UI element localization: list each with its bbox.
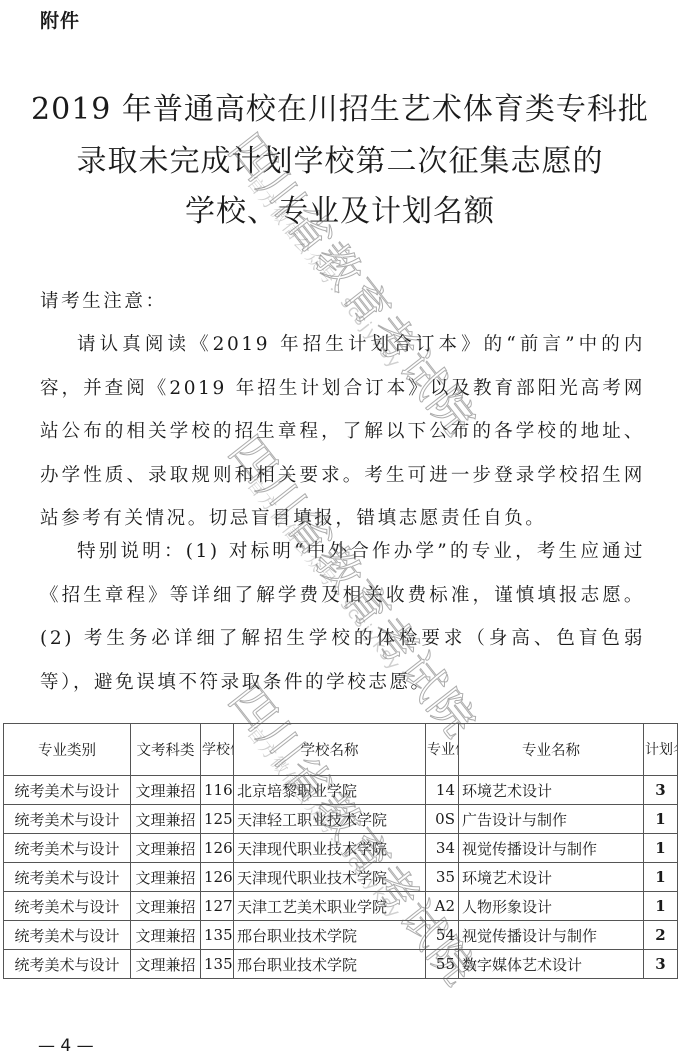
cell-major-code: 0S (426, 805, 459, 834)
cell-school-name: 邢台职业技术学院 (234, 921, 426, 950)
cell-subject-type: 文理兼招 (131, 834, 201, 863)
cell-category: 统考美术与设计 (4, 834, 131, 863)
cell-school-code: 1350 (201, 921, 234, 950)
cell-major-code: 55 (426, 950, 459, 979)
notice-heading: 请考生注意： (40, 280, 645, 324)
table-header-row: 专业类别 文考科类 学校代号 学校名称 专业代号 专业名称 计划名额 (4, 724, 678, 776)
cell-school-code: 1256 (201, 805, 234, 834)
header-subject-type: 文考科类 (131, 724, 201, 776)
notice-paragraph-1: 请认真阅读《2019 年招生计划合订本》的“前言”中的内容，并查阅《2019 年… (40, 323, 645, 541)
cell-school-code: 1260 (201, 863, 234, 892)
cell-school-name: 天津工艺美术职业学院 (234, 892, 426, 921)
cell-subject-type: 文理兼招 (131, 863, 201, 892)
page-title-line-1: 2019 年普通高校在川招生艺术体育类专科批 (0, 84, 680, 128)
cell-quota: 3 (644, 950, 678, 979)
cell-category: 统考美术与设计 (4, 776, 131, 805)
cell-category: 统考美术与设计 (4, 950, 131, 979)
cell-subject-type: 文理兼招 (131, 950, 201, 979)
cell-major-code: A2 (426, 892, 459, 921)
notice-paragraph-2: 特别说明：(1) 对标明“中外合作办学”的专业，考生应通过《招生章程》等详细了解… (40, 530, 645, 704)
cell-major-name: 人物形象设计 (459, 892, 644, 921)
table-row: 统考美术与设计 文理兼招 1260 天津现代职业技术学院 35 环境艺术设计 1 (4, 863, 678, 892)
cell-major-code: 54 (426, 921, 459, 950)
header-school-name: 学校名称 (234, 724, 426, 776)
page-title-line-3: 学校、专业及计划名额 (0, 186, 680, 230)
page-title-line-2: 录取未完成计划学校第二次征集志愿的 (0, 136, 680, 180)
cell-category: 统考美术与设计 (4, 892, 131, 921)
table-row: 统考美术与设计 文理兼招 1350 邢台职业技术学院 54 视觉传播设计与制作 … (4, 921, 678, 950)
page-number: — 4 — (38, 1036, 94, 1056)
cell-major-name: 广告设计与制作 (459, 805, 644, 834)
cell-quota: 1 (644, 863, 678, 892)
cell-school-name: 北京培黎职业学院 (234, 776, 426, 805)
header-category: 专业类别 (4, 724, 131, 776)
cell-major-name: 数字媒体艺术设计 (459, 950, 644, 979)
cell-quota: 2 (644, 921, 678, 950)
table-row: 统考美术与设计 文理兼招 1260 天津现代职业技术学院 34 视觉传播设计与制… (4, 834, 678, 863)
quota-table: 专业类别 文考科类 学校代号 学校名称 专业代号 专业名称 计划名额 统考美术与… (3, 723, 678, 979)
cell-school-name: 邢台职业技术学院 (234, 950, 426, 979)
cell-category: 统考美术与设计 (4, 921, 131, 950)
cell-category: 统考美术与设计 (4, 805, 131, 834)
attachment-label: 附件 (40, 6, 80, 33)
table-row: 统考美术与设计 文理兼招 1169 北京培黎职业学院 14 环境艺术设计 3 (4, 776, 678, 805)
cell-major-code: 14 (426, 776, 459, 805)
header-school-code: 学校代号 (201, 724, 234, 776)
cell-school-code: 1260 (201, 834, 234, 863)
cell-school-code: 1350 (201, 950, 234, 979)
cell-major-code: 35 (426, 863, 459, 892)
header-major-code: 专业代号 (426, 724, 459, 776)
cell-major-name: 视觉传播设计与制作 (459, 921, 644, 950)
cell-quota: 1 (644, 834, 678, 863)
cell-major-name: 视觉传播设计与制作 (459, 834, 644, 863)
cell-major-name: 环境艺术设计 (459, 776, 644, 805)
cell-quota: 1 (644, 805, 678, 834)
cell-major-code: 34 (426, 834, 459, 863)
table-row: 统考美术与设计 文理兼招 1276 天津工艺美术职业学院 A2 人物形象设计 1 (4, 892, 678, 921)
cell-subject-type: 文理兼招 (131, 892, 201, 921)
cell-quota: 1 (644, 892, 678, 921)
cell-school-name: 天津轻工职业技术学院 (234, 805, 426, 834)
table-row: 统考美术与设计 文理兼招 1350 邢台职业技术学院 55 数字媒体艺术设计 3 (4, 950, 678, 979)
cell-category: 统考美术与设计 (4, 863, 131, 892)
cell-school-name: 天津现代职业技术学院 (234, 863, 426, 892)
table-row: 统考美术与设计 文理兼招 1256 天津轻工职业技术学院 0S 广告设计与制作 … (4, 805, 678, 834)
cell-subject-type: 文理兼招 (131, 921, 201, 950)
cell-school-code: 1169 (201, 776, 234, 805)
header-quota: 计划名额 (644, 724, 678, 776)
cell-subject-type: 文理兼招 (131, 776, 201, 805)
cell-major-name: 环境艺术设计 (459, 863, 644, 892)
cell-subject-type: 文理兼招 (131, 805, 201, 834)
cell-quota: 3 (644, 776, 678, 805)
header-major-name: 专业名称 (459, 724, 644, 776)
cell-school-code: 1276 (201, 892, 234, 921)
cell-school-name: 天津现代职业技术学院 (234, 834, 426, 863)
